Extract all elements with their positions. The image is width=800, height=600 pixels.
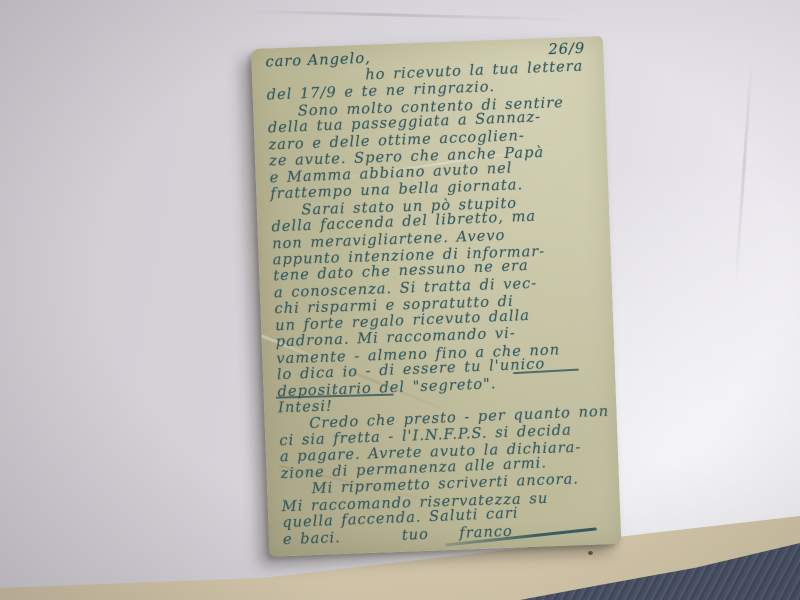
photo-of-handwritten-letter: caro Angelo, 26/9 ho ricevuto la tua let… [0,0,800,600]
letter-date: 26/9 [548,40,585,58]
letter-body: ho ricevuto la tua letteradel 17/9 e te … [266,59,619,548]
paper-crease [734,60,753,290]
debris-speck [588,551,593,555]
letter-card: caro Angelo, 26/9 ho ricevuto la tua let… [251,36,621,557]
paper-crease [250,10,580,22]
